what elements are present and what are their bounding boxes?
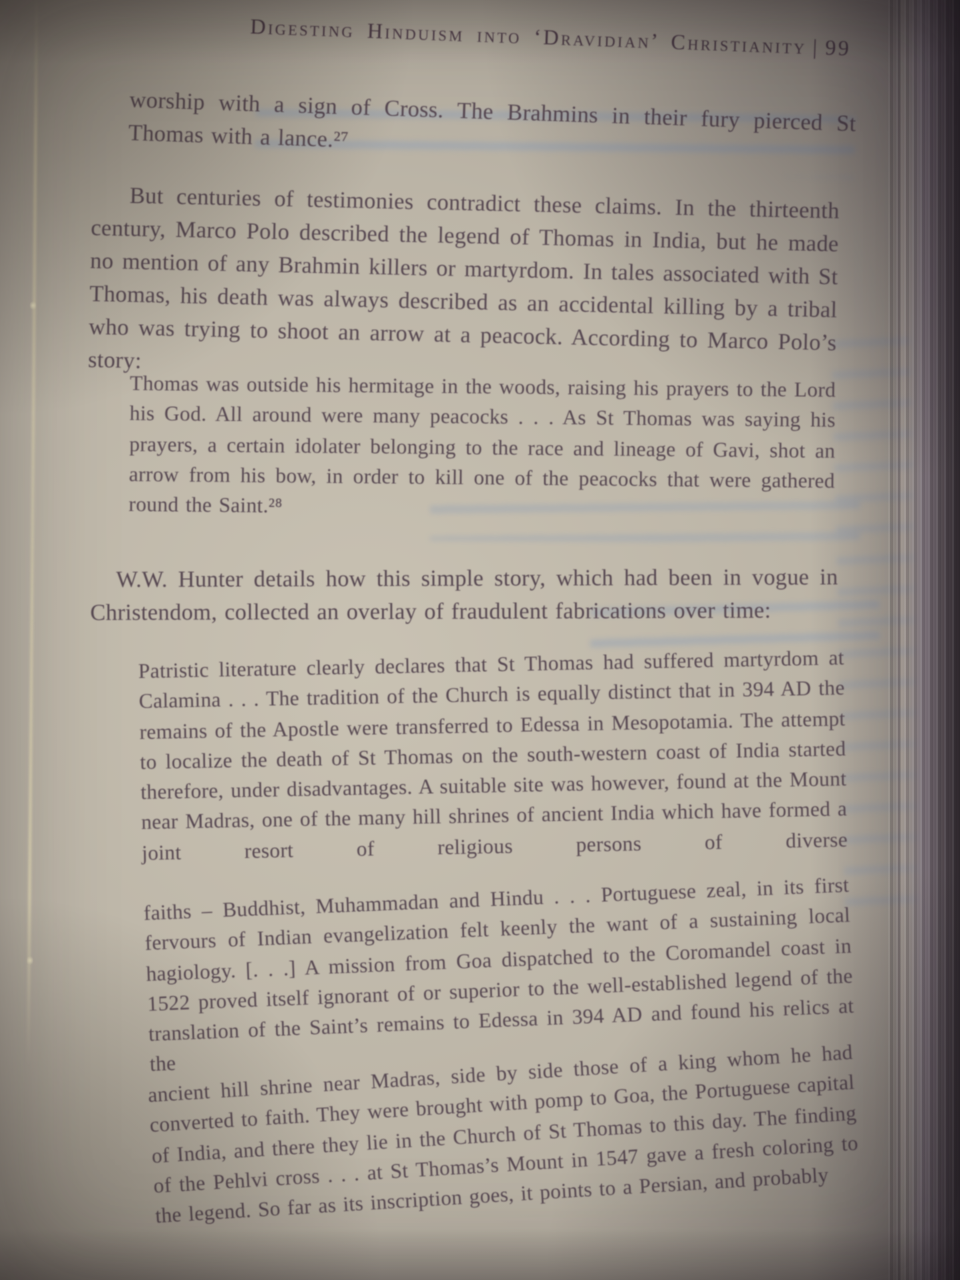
book-page-photo: Digesting Hinduism into ‘Dravidian’ Chri… [0,0,960,1280]
paragraph-marco-polo: But centuries of testimonies contradict … [88,178,840,392]
running-header-title: Digesting Hinduism into ‘Dravidian’ Chri… [250,14,807,58]
book-fore-edge [888,0,960,1280]
blockquote-hunter-part-1: Patristic literature clearly declares th… [138,642,848,868]
book-page: Digesting Hinduism into ‘Dravidian’ Chri… [0,0,960,1280]
paragraph-hunter-intro: W.W. Hunter details how this simple stor… [90,560,838,629]
running-header: Digesting Hinduism into ‘Dravidian’ Chri… [183,12,851,61]
fore-edge-shadow [810,0,900,1280]
blockquote-marco-polo-story: Thomas was outside his hermitage in the … [129,368,836,526]
paragraph-lance-continuation: worship with a sign of Cross. The Brahmi… [128,83,857,173]
